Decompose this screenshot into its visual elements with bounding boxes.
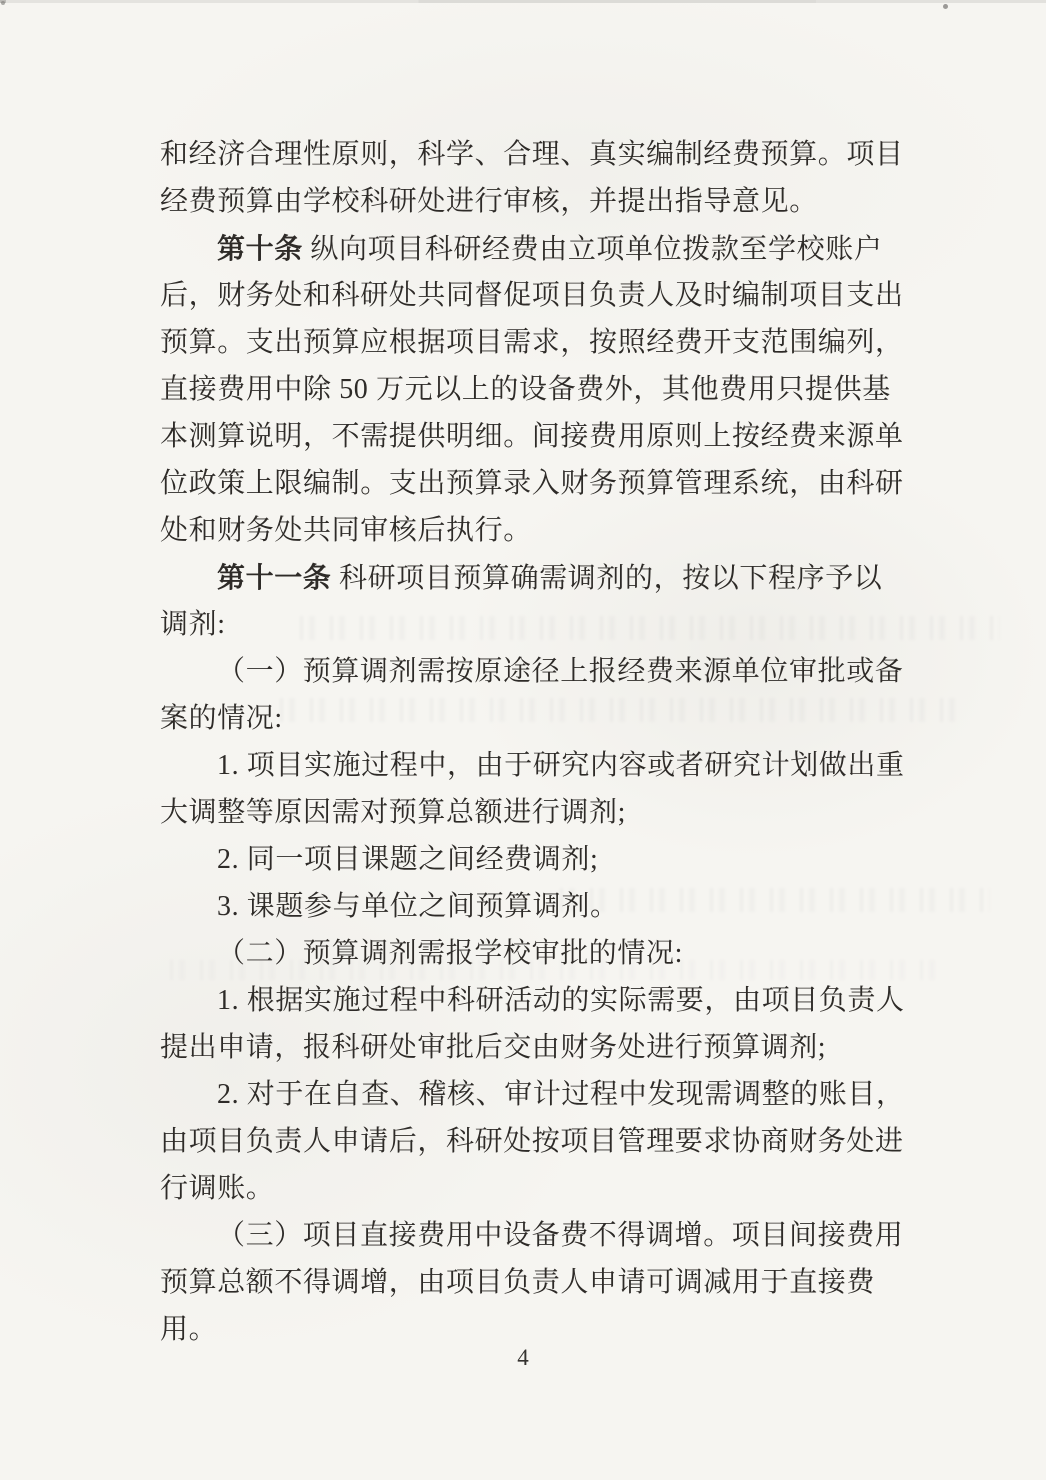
text-line: 位政策上限编制。支出预算录入财务预算管理系统，由科研 bbox=[160, 460, 920, 507]
text-block: 和经济合理性原则，科学、合理、真实编制经费预算。项目经费预算由学校科研处进行审核… bbox=[160, 131, 920, 1353]
text-line: 调剂: bbox=[160, 601, 920, 648]
text-line: 行调账。 bbox=[160, 1165, 920, 1212]
text-line: 本测算说明，不需提供明细。间接费用原则上按经费来源单 bbox=[160, 413, 920, 460]
text-line: 第十一条 科研项目预算确需调剂的，按以下程序予以 bbox=[160, 554, 920, 601]
text-line: 3. 课题参与单位之间预算调剂。 bbox=[160, 883, 920, 930]
text-line: 大调整等原因需对预算总额进行调剂; bbox=[160, 789, 920, 836]
text-line: （三）项目直接费用中设备费不得调增。项目间接费用 bbox=[160, 1212, 920, 1259]
text-line: 1. 根据实施过程中科研活动的实际需要，由项目负责人 bbox=[160, 977, 920, 1024]
text-line: 由项目负责人申请后，科研处按项目管理要求协商财务处进 bbox=[160, 1118, 920, 1165]
text-line: 经费预算由学校科研处进行审核，并提出指导意见。 bbox=[160, 178, 920, 225]
text-line: 后，财务处和科研处共同督促项目负责人及时编制项目支出 bbox=[160, 272, 920, 319]
page-number: 4 bbox=[0, 1345, 1046, 1371]
text-line: 提出申请，报科研处审批后交由财务处进行预算调剂; bbox=[160, 1024, 920, 1071]
text-line: 2. 对于在自查、稽核、审计过程中发现需调整的账目， bbox=[160, 1071, 920, 1118]
text-line: 1. 项目实施过程中，由于研究内容或者研究计划做出重 bbox=[160, 742, 920, 789]
text-line: （二）预算调剂需报学校审批的情况: bbox=[160, 930, 920, 977]
scan-speck-top-left bbox=[1, 1, 5, 5]
text-line: 直接费用中除 50 万元以上的设备费外，其他费用只提供基 bbox=[160, 366, 920, 413]
scan-edge-top bbox=[0, 0, 1046, 3]
scan-speck-top-right bbox=[943, 4, 948, 9]
article-number: 第十一条 bbox=[217, 562, 331, 593]
text-line: 和经济合理性原则，科学、合理、真实编制经费预算。项目 bbox=[160, 131, 920, 178]
text-line: 预算。支出预算应根据项目需求，按照经费开支范围编列， bbox=[160, 319, 920, 366]
text-line: （一）预算调剂需按原途径上报经费来源单位审批或备 bbox=[160, 648, 920, 695]
text-line: 预算总额不得调增，由项目负责人申请可调减用于直接费 bbox=[160, 1259, 920, 1306]
text-line: 案的情况: bbox=[160, 695, 920, 742]
text-line: 第十条 纵向项目科研经费由立项单位拨款至学校账户 bbox=[160, 225, 920, 272]
text-line: 2. 同一项目课题之间经费调剂; bbox=[160, 836, 920, 883]
text-line: 处和财务处共同审核后执行。 bbox=[160, 507, 920, 554]
article-number: 第十条 bbox=[217, 233, 303, 264]
